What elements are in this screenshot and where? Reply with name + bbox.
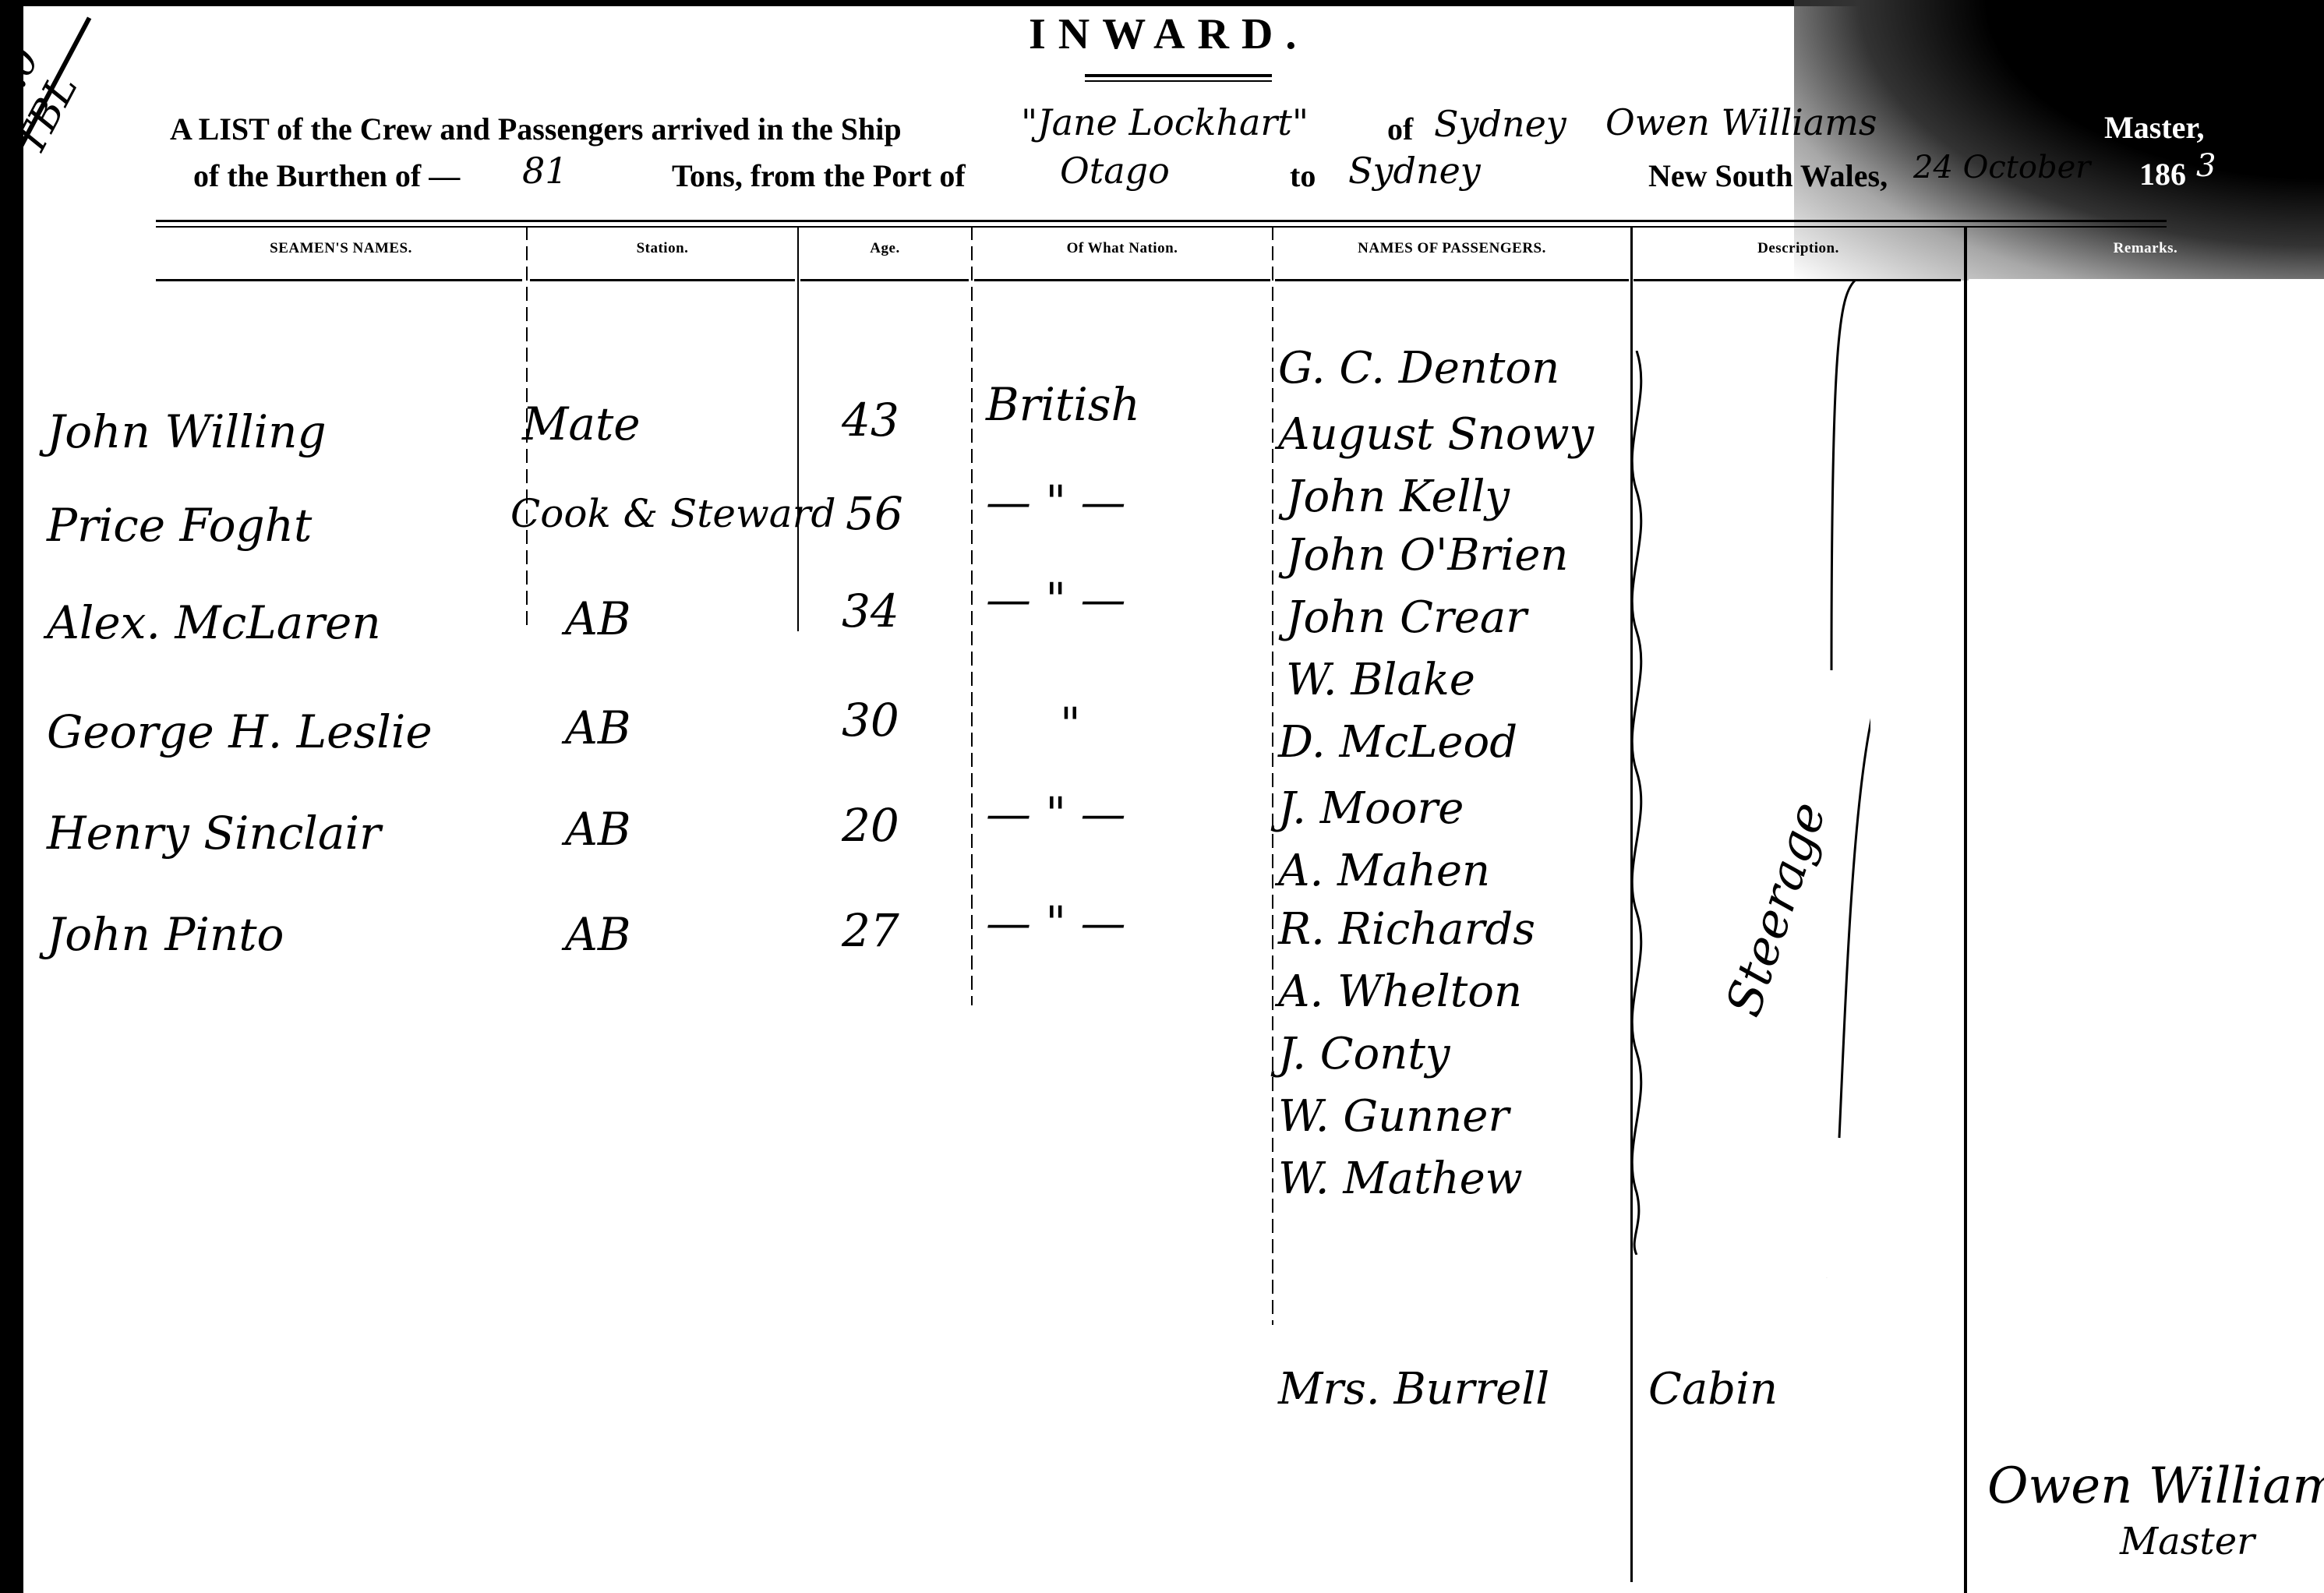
seaman-nation: British [986,378,1140,431]
burthen-tons: 81 [522,150,568,192]
header-bottom-rule-remarks [1969,279,2324,281]
seaman-station: Mate [522,397,641,450]
passenger-name: John Kelly [1286,472,1510,522]
seaman-age: 56 [846,487,903,540]
header-bottom-rule-nation [974,279,1270,281]
cabin-passenger-description: Cabin [1648,1364,1778,1415]
column-divider-remarks [1964,226,1967,1593]
passenger-name: G. C. Denton [1278,343,1559,394]
seaman-nation: — " — [986,475,1126,528]
header-rule [156,220,2167,222]
ship-name: "Jane Lockhart" [1021,101,1309,143]
passenger-name: John Crear [1286,592,1527,643]
header-bottom-rule-passengers [1275,279,1629,281]
seaman-station: AB [565,803,631,856]
seaman-station: AB [565,701,631,754]
passenger-name: W. Blake [1286,655,1475,705]
master-signature: Owen Williams [1987,1457,2324,1515]
seaman-station: AB [565,592,631,645]
seaman-age: 34 [842,585,899,638]
column-header-age: Age. [799,240,971,257]
burthen-label: of the Burthen of — [193,157,460,194]
year-suffix: 3 [2196,148,2216,184]
passenger-name: D. McLeod [1278,717,1517,768]
master-signature-title: Master [2120,1520,2255,1563]
column-divider-passengers [1272,226,1273,1325]
passenger-name: W. Mathew [1278,1153,1523,1204]
passenger-name: J. Conty [1278,1029,1450,1079]
seaman-age: 20 [842,799,899,852]
seaman-name: John Pinto [47,908,284,961]
column-header-seamen-names: SEAMEN'S NAMES. [156,240,526,257]
home-port: Sydney [1434,103,1566,145]
header-bottom-rule-age [800,279,969,281]
header-bottom-rule-seamen [156,279,522,281]
tons-from-port-label: Tons, from the Port of [672,157,966,194]
of-label: of [1387,111,1413,147]
column-header-station: Station. [528,240,797,257]
passenger-name: R. Richards [1278,904,1535,955]
passenger-name: J. Moore [1278,783,1464,834]
column-divider-nation [971,226,973,1005]
passenger-name: A. Whelton [1278,966,1522,1017]
seaman-age: 27 [842,904,899,957]
seaman-nation: — " — [986,573,1126,626]
description-bracket-lines [1683,265,1870,1278]
header-bottom-rule-station [530,279,795,281]
passenger-group-brace [1621,351,1652,1255]
to-port: Sydney [1348,150,1481,192]
corner-annotation: 24.0 TBL [0,0,198,192]
column-header-remarks: Remarks. [1967,240,2324,257]
seaman-name: Henry Sinclair [47,807,381,860]
passenger-name: A. Mahen [1278,846,1490,896]
seaman-age: 30 [842,694,899,747]
seaman-nation: " [1060,698,1081,751]
document-title: INWARD. [1029,9,1309,59]
passenger-name: W. Gunner [1278,1091,1509,1142]
cabin-passenger-name: Mrs. Burrell [1278,1364,1549,1415]
scan-left-border [0,0,23,1593]
colony-label: New South Wales, [1648,157,1888,194]
list-heading-prefix: A LIST of the Crew and Passengers arrive… [170,111,902,147]
master-name: Owen Williams [1605,101,1877,143]
column-divider-age [797,226,799,631]
passenger-name: John O'Brien [1286,530,1568,581]
arrival-date: 24 October [1913,150,2090,185]
title-underline [1085,74,1272,82]
seaman-name: George H. Leslie [47,705,433,758]
column-header-description: Description. [1633,240,1964,257]
from-port: Otago [1060,150,1170,192]
year-prefix: 186 [2139,156,2186,193]
passenger-name: August Snowy [1278,409,1594,460]
seaman-nation: — " — [986,896,1126,949]
seaman-station: AB [565,908,631,961]
to-label: to [1290,157,1316,194]
seaman-name: Alex. McLaren [47,596,381,649]
seaman-name: John Willing [47,405,327,458]
master-label: Master, [2104,109,2204,146]
seaman-nation: — " — [986,787,1126,840]
seaman-station: Cook & Steward [510,491,836,536]
column-header-passenger-names: NAMES OF PASSENGERS. [1273,240,1630,257]
seaman-age: 43 [842,394,899,447]
column-header-nation: Of What Nation. [973,240,1272,257]
seaman-name: Price Foght [47,499,312,552]
header-rule-secondary [156,226,2167,228]
